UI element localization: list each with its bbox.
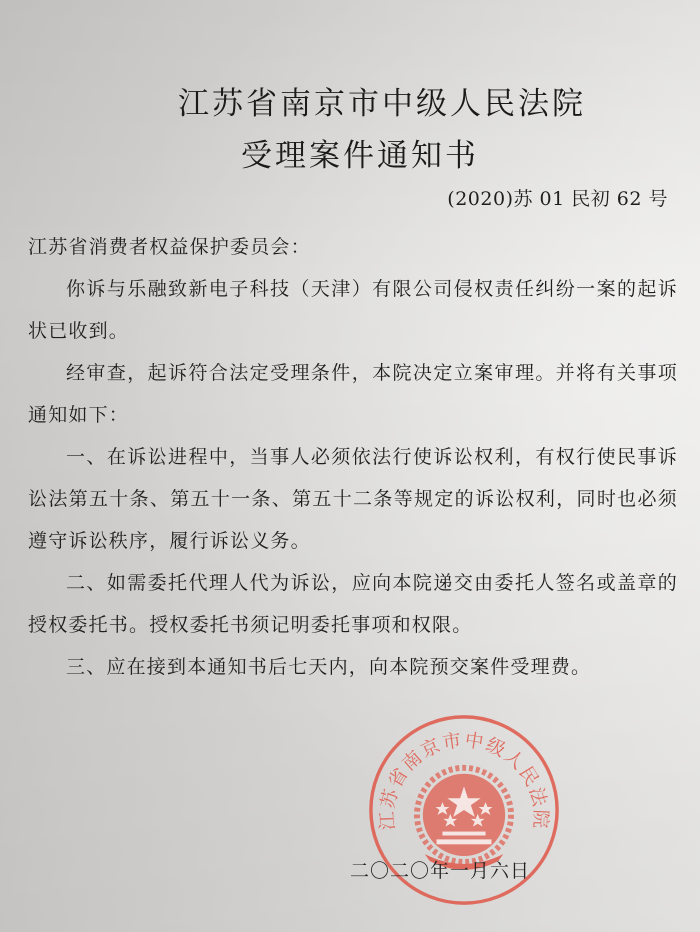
- addressee: 江苏省消费者权益保护委员会：: [28, 226, 678, 268]
- paragraph-item-1-rights: 一、在诉讼进程中，当事人必须依法行使诉讼权利，有权行使民事诉讼法第五十条、第五十…: [28, 436, 678, 562]
- issue-date: 二〇二〇年一月六日: [350, 856, 530, 883]
- paragraph-complaint-received: 你诉与乐融致新电子科技（天津）有限公司侵权责任纠纷一案的起诉状已收到。: [28, 268, 678, 352]
- case-number: (2020)苏 01 民初 62 号: [447, 184, 668, 211]
- paragraph-item-2-agent: 二、如需委托代理人代为诉讼，应向本院递交由委托人签名或盖章的授权委托书。授权委托…: [28, 562, 678, 646]
- paragraph-item-3-fee: 三、应在接到本通知书后七天内，向本院预交案件受理费。: [28, 646, 678, 688]
- paragraph-case-accepted: 经审查，起诉符合法定受理条件，本院决定立案审理。并将有关事项通知如下：: [28, 352, 678, 436]
- court-name-title: 江苏省南京市中级人民法院: [32, 78, 700, 123]
- notice-title: 受理案件通知书: [10, 130, 700, 175]
